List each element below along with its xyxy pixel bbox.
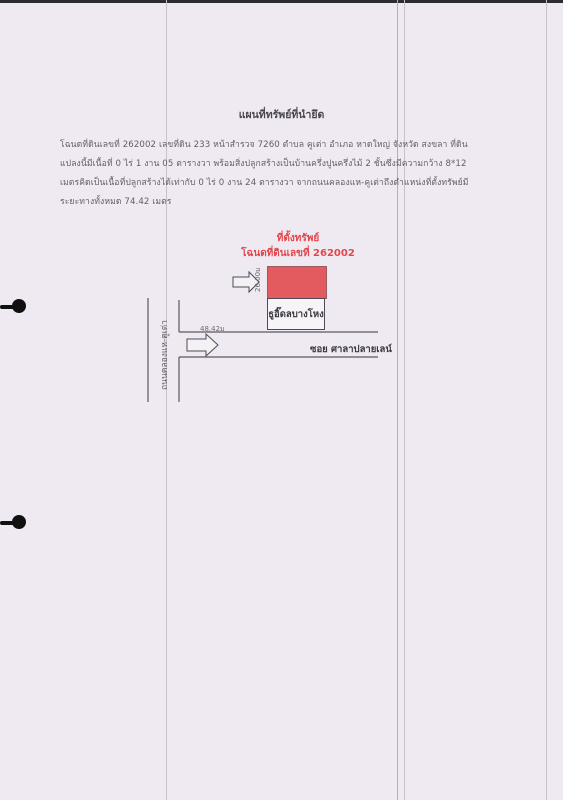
deed-number-label: โฉนดที่ดินเลขที่ 262002 — [228, 246, 368, 261]
neighbor-lot: ธูอิ๊ดลบางโหง — [267, 298, 325, 330]
main-road-label: ถนนคลองแห-คูเต่า — [157, 320, 171, 390]
property-label: ที่ตั้งทรัพย์ — [230, 231, 366, 246]
map-lines — [0, 0, 563, 800]
direction-arrow-icon — [187, 334, 218, 356]
property-lot — [267, 266, 327, 299]
neighbor-lot-label: ธูอิ๊ดลบางโหง — [268, 307, 324, 322]
soi-name-label: ซอย ศาลาปลายเลน์ — [310, 342, 392, 357]
distance-to-lot-label: 26.00ม — [253, 267, 264, 292]
location-map: ที่ตั้งทรัพย์ โฉนดที่ดินเลขที่ 262002 ธู… — [0, 0, 563, 800]
distance-along-soi-label: 48.42ม — [200, 324, 225, 335]
